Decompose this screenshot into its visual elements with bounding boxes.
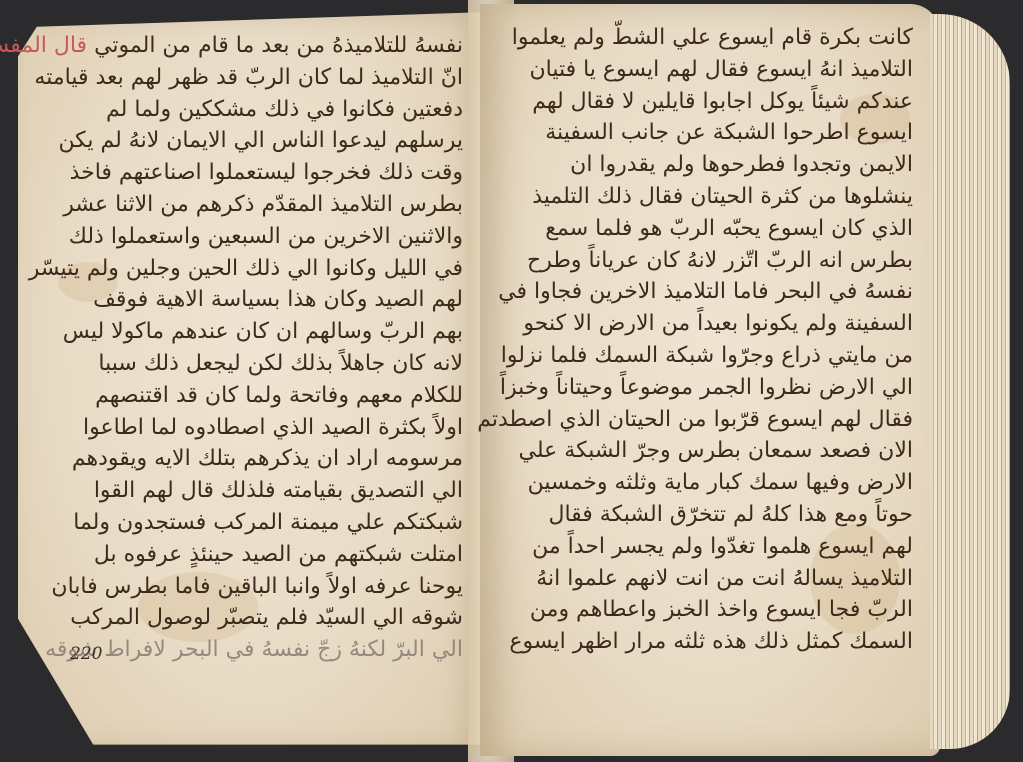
rubric-heading: قال المفسر [0, 33, 87, 58]
text-line: من مايتي ذراع وجرّوا شبكة السمك فلما نزل… [513, 340, 913, 372]
text-line: لانه كان جاهلاً بذلك لكن ليجعل ذلك سببا [43, 348, 463, 380]
text-line: مرسومه اراد ان يذكرهم بتلك الايه ويقودهم [43, 443, 463, 475]
text-line: بهم الربّ وسالهم ان كان عندهم ماكولا ليس [43, 316, 463, 348]
text-line: الي البرّ لكنهُ زجّ نفسهُ في البحر لافرا… [43, 634, 463, 666]
text-line: بطرس التلاميذ المقدّم ذكرهم من الاثنا عش… [43, 189, 463, 221]
text-line: حوتاً ومع هذا كلهُ لم تتخرّق الشبكة فقال [513, 499, 913, 531]
text-line: نفسهُ للتلاميذهُ من بعد ما قام من الموتي… [43, 30, 463, 62]
text-line: دفعتين فكانوا في ذلك مشككين ولما لم [43, 94, 463, 126]
text-line: يرسلهم ليدعوا الناس الي الايمان لانهُ لم… [43, 125, 463, 157]
text-line: والاثنين الاخرين من السبعين واستعملوا ذل… [43, 221, 463, 253]
text-line: التلاميذ انهُ ايسوع فقال لهم ايسوع يا فت… [513, 54, 913, 86]
text-line: لهم الصيد وكان هذا بسياسة الاهية فوقف [43, 284, 463, 316]
text-line: السمك كمثل ذلك هذه ثلثه مرار اظهر ايسوع [513, 626, 913, 658]
text-line: شوقه الي السيّد فلم يتصبّر لوصول المركب [43, 602, 463, 634]
text-line: يوحنا عرفه اولاً وانبا الباقين فاما بطرس… [43, 571, 463, 603]
text-line: الي الارض نظروا الجمر موضوعاً وحيتاناً و… [513, 372, 913, 404]
text-line: نفسهُ في البحر فاما التلاميذ الاخرين فجا… [513, 276, 913, 308]
text-line: ايسوع اطرحوا الشبكة عن جانب السفينة [513, 117, 913, 149]
right-page-text: كانت بكرة قام ايسوع علي الشطّ ولم يعلموا… [513, 22, 913, 658]
text-line: بطرس انه الربّ اتّزر لانهُ كان عرياناً و… [513, 245, 913, 277]
text-line: في الليل وكانوا الي ذلك الحين وجلين ولم … [43, 253, 463, 285]
text-line: امتلت شبكتهم من الصيد حينئذٍ عرفوه بل [43, 539, 463, 571]
text-line: عندكم شيئاً يوكل اجابوا قايلين لا فقال ل… [513, 86, 913, 118]
text-line: الي التصديق بقيامته فلذلك قال لهم القوا [43, 475, 463, 507]
text-line: الربّ فجا ايسوع واخذ الخبز واعطاهم ومن [513, 594, 913, 626]
text-line: وقت ذلك فخرجوا ليستعملوا اصناعتهم فاخذ [43, 157, 463, 189]
text-line: انّ التلاميذ لما كان الربّ قد ظهر لهم بع… [43, 62, 463, 94]
text-line: لهم ايسوع هلموا تغدّوا ولم يجسر احداً من [513, 531, 913, 563]
text-line: اولاً بكثرة الصيد الذي اصطادوه لما اطاعو… [43, 412, 463, 444]
text-line: فقال لهم ايسوع قرّبوا من الحيتان الذي اص… [513, 404, 913, 436]
folio-number: 220 [70, 644, 102, 664]
manuscript-photo: نفسهُ للتلاميذهُ من بعد ما قام من الموتي… [0, 0, 1023, 762]
left-page-text: نفسهُ للتلاميذهُ من بعد ما قام من الموتي… [43, 30, 463, 666]
text-line: ينشلوها من كثرة الحيتان فقال ذلك التلميذ [513, 181, 913, 213]
line-text: نفسهُ للتلاميذهُ من بعد ما قام من الموتي [94, 33, 463, 58]
text-line: كانت بكرة قام ايسوع علي الشطّ ولم يعلموا [513, 22, 913, 54]
text-line: التلاميذ يسالهُ انت من انت لانهم علموا ا… [513, 563, 913, 595]
text-line: شبكتكم علي ميمنة المركب فستجدون ولما [43, 507, 463, 539]
text-line: الان فصعد سمعان بطرس وجرّ الشبكة علي [513, 435, 913, 467]
text-line: الايمن وتجدوا فطرحوها ولم يقدروا ان [513, 149, 913, 181]
text-line: الارض وفيها سمك كبار ماية وثلثه وخمسين [513, 467, 913, 499]
text-line: الذي كان ايسوع يحبّه الربّ هو فلما سمع [513, 213, 913, 245]
text-line: السفينة ولم يكونوا بعيداً من الارض الا ك… [513, 308, 913, 340]
page-edges [930, 14, 1010, 749]
text-line: للكلام معهم وفاتحة ولما كان قد اقتنصهم [43, 380, 463, 412]
